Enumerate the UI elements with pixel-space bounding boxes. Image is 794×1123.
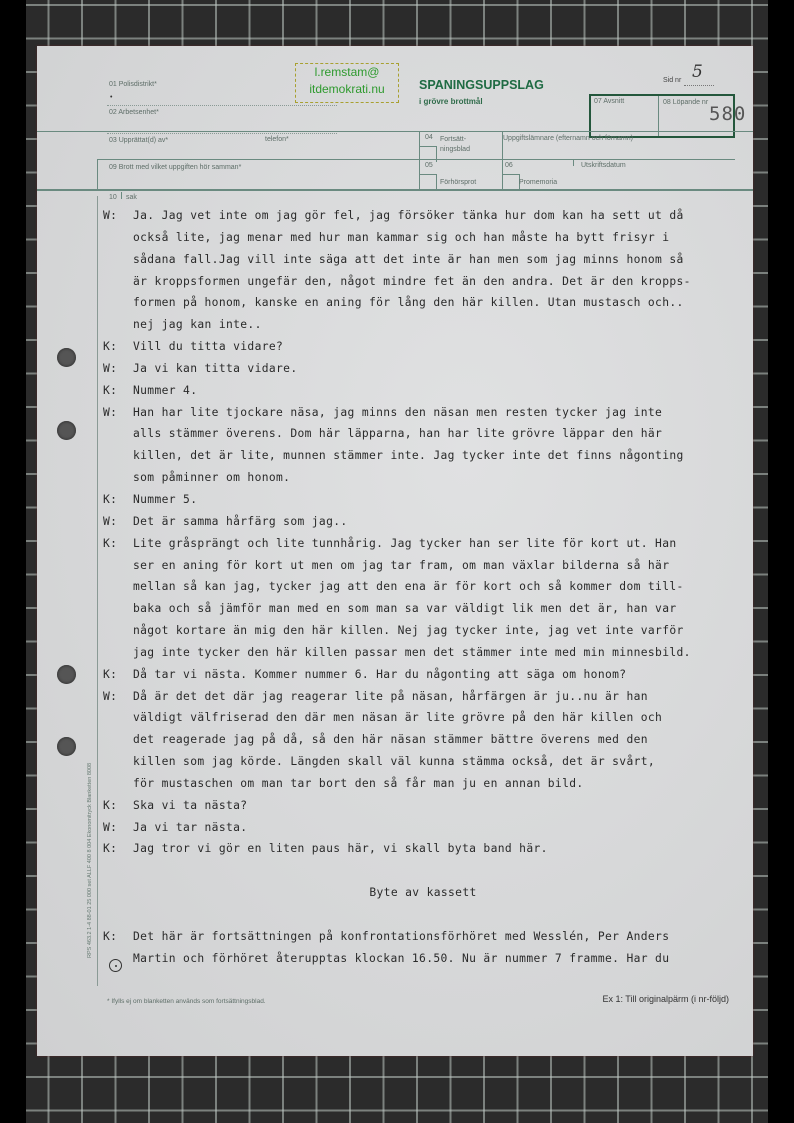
form-rule	[121, 192, 122, 199]
line-text: Ja vi tar nästa.	[133, 817, 247, 839]
line-text: Nummer 5.	[133, 489, 197, 511]
line-text: väldigt välfriserad den där men näsan är…	[133, 707, 662, 729]
field-10-label: sak	[126, 194, 137, 201]
line-text: Vill du titta vidare?	[133, 336, 283, 358]
transcript-line: för mustaschen om man tar bort den så få…	[103, 773, 743, 795]
blank-line	[103, 904, 743, 926]
line-text: nej jag kan inte..	[133, 314, 262, 336]
field-06-num: 06	[505, 162, 513, 169]
blank-line	[103, 860, 743, 882]
speaker-label: W:	[103, 402, 127, 424]
transcript-line: W:Det är samma hårfärg som jag..	[103, 511, 743, 533]
transcript-line: W:Ja. Jag vet inte om jag gör fel, jag f…	[103, 205, 743, 227]
transcript-line: killen som jag körde. Längden skall väl …	[103, 751, 743, 773]
line-text: mellan så kan jag, tycker jag att den en…	[133, 576, 684, 598]
speaker-label: K:	[103, 380, 127, 402]
box-divider	[658, 96, 659, 136]
speaker-label: K:	[103, 838, 127, 860]
transcript-line: väldigt välfriserad den där men näsan är…	[103, 707, 743, 729]
transcript-line: ser en aning för kort ut men om jag tar …	[103, 555, 743, 577]
form-title: SPANINGSUPPSLAG	[419, 78, 544, 92]
transcript-line: också lite, jag menar med hur man kammar…	[103, 227, 743, 249]
line-text: Lite gråsprängt och lite tunnhårig. Jag …	[133, 533, 677, 555]
sid-nr-value: 5	[692, 62, 703, 82]
line-text: som påminner om honom.	[133, 467, 290, 489]
stamp-line-1: l.remstam@	[296, 64, 398, 81]
transcript-line: K:Det här är fortsättningen på konfronta…	[103, 926, 743, 948]
checkbox-promemoria[interactable]	[502, 174, 520, 190]
line-text: Martin och förhöret återupptas klockan 1…	[133, 948, 669, 970]
transcript-line: alls stämmer överens. Dom här läpparna, …	[103, 423, 743, 445]
transcript-line: sådana fall.Jag vill inte säga att det i…	[103, 249, 743, 271]
line-text: också lite, jag menar med hur man kammar…	[133, 227, 669, 249]
field-06-label: Promemoria	[519, 179, 557, 186]
field-10-num: 10	[109, 194, 117, 201]
line-text: jag inte tycker den här killen passar me…	[133, 642, 691, 664]
line-text: Det här är fortsättningen på konfrontati…	[133, 926, 669, 948]
field-label-avsnitt: 07 Avsnitt	[594, 98, 624, 105]
transcript-line: K:Jag tror vi gör en liten paus här, vi …	[103, 838, 743, 860]
field-label-arbetsenhet: 02 Arbetsenhet*	[109, 109, 159, 116]
speaker-label: W:	[103, 358, 127, 380]
field-05-label: Förhörsprot	[440, 179, 476, 186]
line-text: formen på honom, kanske en aning för lån…	[133, 292, 684, 314]
transcript-line: K:Nummer 5.	[103, 489, 743, 511]
transcript-line: K:Då tar vi nästa. Kommer nummer 6. Har …	[103, 664, 743, 686]
checkbox-fortsattningsblad[interactable]	[419, 146, 437, 162]
field-04-label-1: Fortsätt-	[440, 136, 466, 143]
section-heading: Byte av kassett	[103, 882, 743, 904]
stamp-line-2: itdemokrati.nu	[296, 81, 398, 98]
transcript-line: K:Lite gråsprängt och lite tunnhårig. Ja…	[103, 533, 743, 555]
transcript-line: K:Ska vi ta nästa?	[103, 795, 743, 817]
field-label-upprattad-av: 03 Upprättat(d) av*	[109, 137, 168, 144]
transcript-line: K:Vill du titta vidare?	[103, 336, 743, 358]
transcript-line: W:Han har lite tjockare näsa, jag minns …	[103, 402, 743, 424]
email-stamp: l.remstam@ itdemokrati.nu	[295, 63, 399, 103]
line-text: Jag tror vi gör en liten paus här, vi sk…	[133, 838, 548, 860]
transcript-line: jag inte tycker den här killen passar me…	[103, 642, 743, 664]
form-rule	[573, 160, 574, 166]
line-text: ser en aning för kort ut men om jag tar …	[133, 555, 669, 577]
lopande-nr-value: 580	[709, 103, 746, 125]
field-label-telefon: telefon*	[265, 136, 289, 143]
punch-hole	[57, 421, 76, 440]
speaker-label: K:	[103, 533, 127, 555]
sid-nr-label: Sid nr	[663, 77, 681, 84]
footer-copy-note: Ex 1: Till originalpärm (i nr-följd)	[602, 994, 729, 1004]
transcript-line: Martin och förhöret återupptas klockan 1…	[103, 948, 743, 970]
speaker-label: K:	[103, 489, 127, 511]
transcript: W:Ja. Jag vet inte om jag gör fel, jag f…	[103, 205, 743, 970]
line-text: är kroppsformen ungefär den, något mindr…	[133, 271, 691, 293]
line-text: killen, det är lite, munnen stämmer inte…	[133, 445, 684, 467]
line-text: för mustaschen om man tar bort den så få…	[133, 773, 584, 795]
form-rule	[37, 189, 753, 191]
transcript-line: mellan så kan jag, tycker jag att den en…	[103, 576, 743, 598]
field-label-utskriftsdatum: Utskriftsdatum	[581, 162, 626, 169]
line-text: Han har lite tjockare näsa, jag minns de…	[133, 402, 662, 424]
line-text: Nummer 4.	[133, 380, 197, 402]
transcript-line: är kroppsformen ungefär den, något mindr…	[103, 271, 743, 293]
speaker-label: W:	[103, 686, 127, 708]
transcript-line: baka och så jämför man med en som man sa…	[103, 598, 743, 620]
side-print: RPS 463.2 1-4 88-01 25 000 set ALLF 400 …	[87, 763, 93, 958]
checkbox-forhorsprot[interactable]	[419, 174, 437, 190]
field-04-label-2: ningsblad	[440, 146, 470, 153]
field-label-polisdistrikt: 01 Polisdistrikt*	[109, 81, 157, 88]
speaker-label: K:	[103, 664, 127, 686]
form-subtitle: i grövre brottmål	[419, 97, 483, 106]
divider	[107, 105, 337, 106]
field-value-polisdistrikt: •	[110, 94, 112, 101]
line-text: Det är samma hårfärg som jag..	[133, 511, 348, 533]
transcript-line: W:Ja vi kan titta vidare.	[103, 358, 743, 380]
transcript-line: W:Ja vi tar nästa.	[103, 817, 743, 839]
transcript-line: formen på honom, kanske en aning för lån…	[103, 292, 743, 314]
punch-hole	[57, 737, 76, 756]
line-text: Ja vi kan titta vidare.	[133, 358, 297, 380]
line-text: killen som jag körde. Längden skall väl …	[133, 751, 655, 773]
sid-nr-dots	[684, 85, 714, 86]
line-text: något kortare än mig den här killen. Nej…	[133, 620, 684, 642]
margin-rule	[97, 196, 98, 986]
field-label-uppgiftslamnare: Uppgiftslämnare (efternamn och förnamn)	[503, 135, 633, 142]
line-text: sådana fall.Jag vill inte säga att det i…	[133, 249, 684, 271]
form-rule	[97, 159, 419, 160]
speaker-label: K:	[103, 336, 127, 358]
continuation-lines: K:Det här är fortsättningen på konfronta…	[103, 926, 743, 970]
document-page: 01 Polisdistrikt* • 02 Arbetsenhet* 03 U…	[37, 46, 753, 1056]
line-text: Ska vi ta nästa?	[133, 795, 247, 817]
form-rule	[419, 159, 735, 160]
clock-icon	[109, 959, 122, 972]
left-border	[0, 0, 26, 1123]
punch-hole	[57, 348, 76, 367]
transcript-line: som påminner om honom.	[103, 467, 743, 489]
transcript-line: nej jag kan inte..	[103, 314, 743, 336]
line-text: Ja. Jag vet inte om jag gör fel, jag för…	[133, 205, 684, 227]
transcript-line: W:Då är det det där jag reagerar lite på…	[103, 686, 743, 708]
field-04-num: 04	[425, 134, 433, 141]
transcript-line: killen, det är lite, munnen stämmer inte…	[103, 445, 743, 467]
punch-hole	[57, 665, 76, 684]
line-text: Då tar vi nästa. Kommer nummer 6. Har du…	[133, 664, 626, 686]
footnote: * Ifylls ej om blanketten används som fo…	[107, 998, 266, 1005]
form-rule	[97, 159, 98, 189]
speaker-label: W:	[103, 511, 127, 533]
transcript-line: K:Nummer 4.	[103, 380, 743, 402]
line-text: Då är det det där jag reagerar lite på n…	[133, 686, 648, 708]
speaker-label: W:	[103, 205, 127, 227]
speaker-label: K:	[103, 795, 127, 817]
field-05-num: 05	[425, 162, 433, 169]
field-label-lopande-nr: 08 Löpande nr	[663, 99, 708, 106]
speaker-label: K:	[103, 926, 127, 948]
form-rule	[37, 131, 753, 132]
field-label-brott: 09 Brott med vilket uppgiften hör samman…	[109, 164, 241, 171]
transcript-line: det reagerade jag på då, så den här näsa…	[103, 729, 743, 751]
transcript-line: något kortare än mig den här killen. Nej…	[103, 620, 743, 642]
line-text: baka och så jämför man med en som man sa…	[133, 598, 677, 620]
divider	[107, 133, 337, 134]
transcript-lines: W:Ja. Jag vet inte om jag gör fel, jag f…	[103, 205, 743, 860]
speaker-label: W:	[103, 817, 127, 839]
line-text: det reagerade jag på då, så den här näsa…	[133, 729, 648, 751]
line-text: alls stämmer överens. Dom här läpparna, …	[133, 423, 662, 445]
right-border	[768, 0, 794, 1123]
